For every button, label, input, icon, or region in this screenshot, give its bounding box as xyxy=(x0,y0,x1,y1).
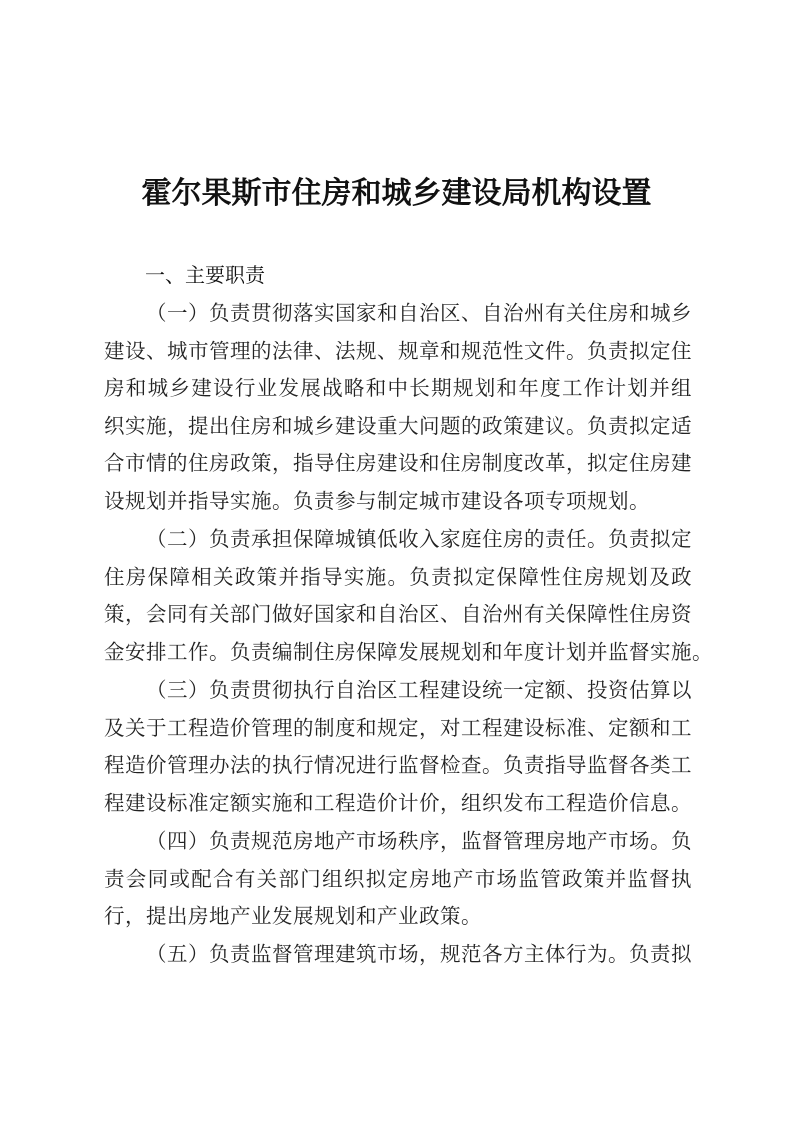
paragraph-line: 建设、城市管理的法律、法规、规章和规范性文件。负责拟定住 xyxy=(104,333,692,371)
document-title: 霍尔果斯市住房和城乡建设局机构设置 xyxy=(0,172,793,216)
section-heading-main-duties: 一、主要职责 xyxy=(145,260,265,290)
paragraph-line: （二）负责承担保障城镇低收入家庭住房的责任。负责拟定 xyxy=(104,521,692,559)
paragraph-4: （四）负责规范房地产市场秩序，监督管理房地产市场。负 责会同或配合有关部门组织拟… xyxy=(104,823,692,936)
paragraph-line: 设规划并指导实施。负责参与制定城市建设各项专项规划。 xyxy=(104,483,692,521)
paragraph-line: 程造价管理办法的执行情况进行监督检查。负责指导监督各类工 xyxy=(104,747,692,785)
paragraph-line: 金安排工作。负责编制住房保障发展规划和年度计划并监督实施。 xyxy=(104,634,692,672)
paragraph-1: （一）负责贯彻落实国家和自治区、自治州有关住房和城乡 建设、城市管理的法律、法规… xyxy=(104,295,692,521)
paragraph-line: （一）负责贯彻落实国家和自治区、自治州有关住房和城乡 xyxy=(104,295,692,333)
paragraph-2: （二）负责承担保障城镇低收入家庭住房的责任。负责拟定 住房保障相关政策并指导实施… xyxy=(104,521,692,671)
paragraph-line: 行，提出房地产业发展规划和产业政策。 xyxy=(104,898,692,936)
paragraph-line: 织实施，提出住房和城乡建设重大问题的政策建议。负责拟定适 xyxy=(104,408,692,446)
paragraph-line: 及关于工程造价管理的制度和规定，对工程建设标准、定额和工 xyxy=(104,710,692,748)
paragraph-line: （四）负责规范房地产市场秩序，监督管理房地产市场。负 xyxy=(104,823,692,861)
paragraph-line: 住房保障相关政策并指导实施。负责拟定保障性住房规划及政 xyxy=(104,559,692,597)
document-page: 霍尔果斯市住房和城乡建设局机构设置 一、主要职责 （一）负责贯彻落实国家和自治区… xyxy=(0,0,793,1122)
paragraph-line: （五）负责监督管理建筑市场，规范各方主体行为。负责拟 xyxy=(104,936,692,974)
paragraph-line: 策，会同有关部门做好国家和自治区、自治州有关保障性住房资 xyxy=(104,596,692,634)
paragraph-line: （三）负责贯彻执行自治区工程建设统一定额、投资估算以 xyxy=(104,672,692,710)
paragraph-line: 房和城乡建设行业发展战略和中长期规划和年度工作计划并组 xyxy=(104,370,692,408)
paragraph-3: （三）负责贯彻执行自治区工程建设统一定额、投资估算以 及关于工程造价管理的制度和… xyxy=(104,672,692,822)
paragraph-5: （五）负责监督管理建筑市场，规范各方主体行为。负责拟 xyxy=(104,936,692,974)
paragraph-line: 程建设标准定额实施和工程造价计价，组织发布工程造价信息。 xyxy=(104,785,692,823)
paragraph-line: 责会同或配合有关部门组织拟定房地产市场监管政策并监督执 xyxy=(104,861,692,899)
paragraph-line: 合市情的住房政策，指导住房建设和住房制度改革，拟定住房建 xyxy=(104,445,692,483)
